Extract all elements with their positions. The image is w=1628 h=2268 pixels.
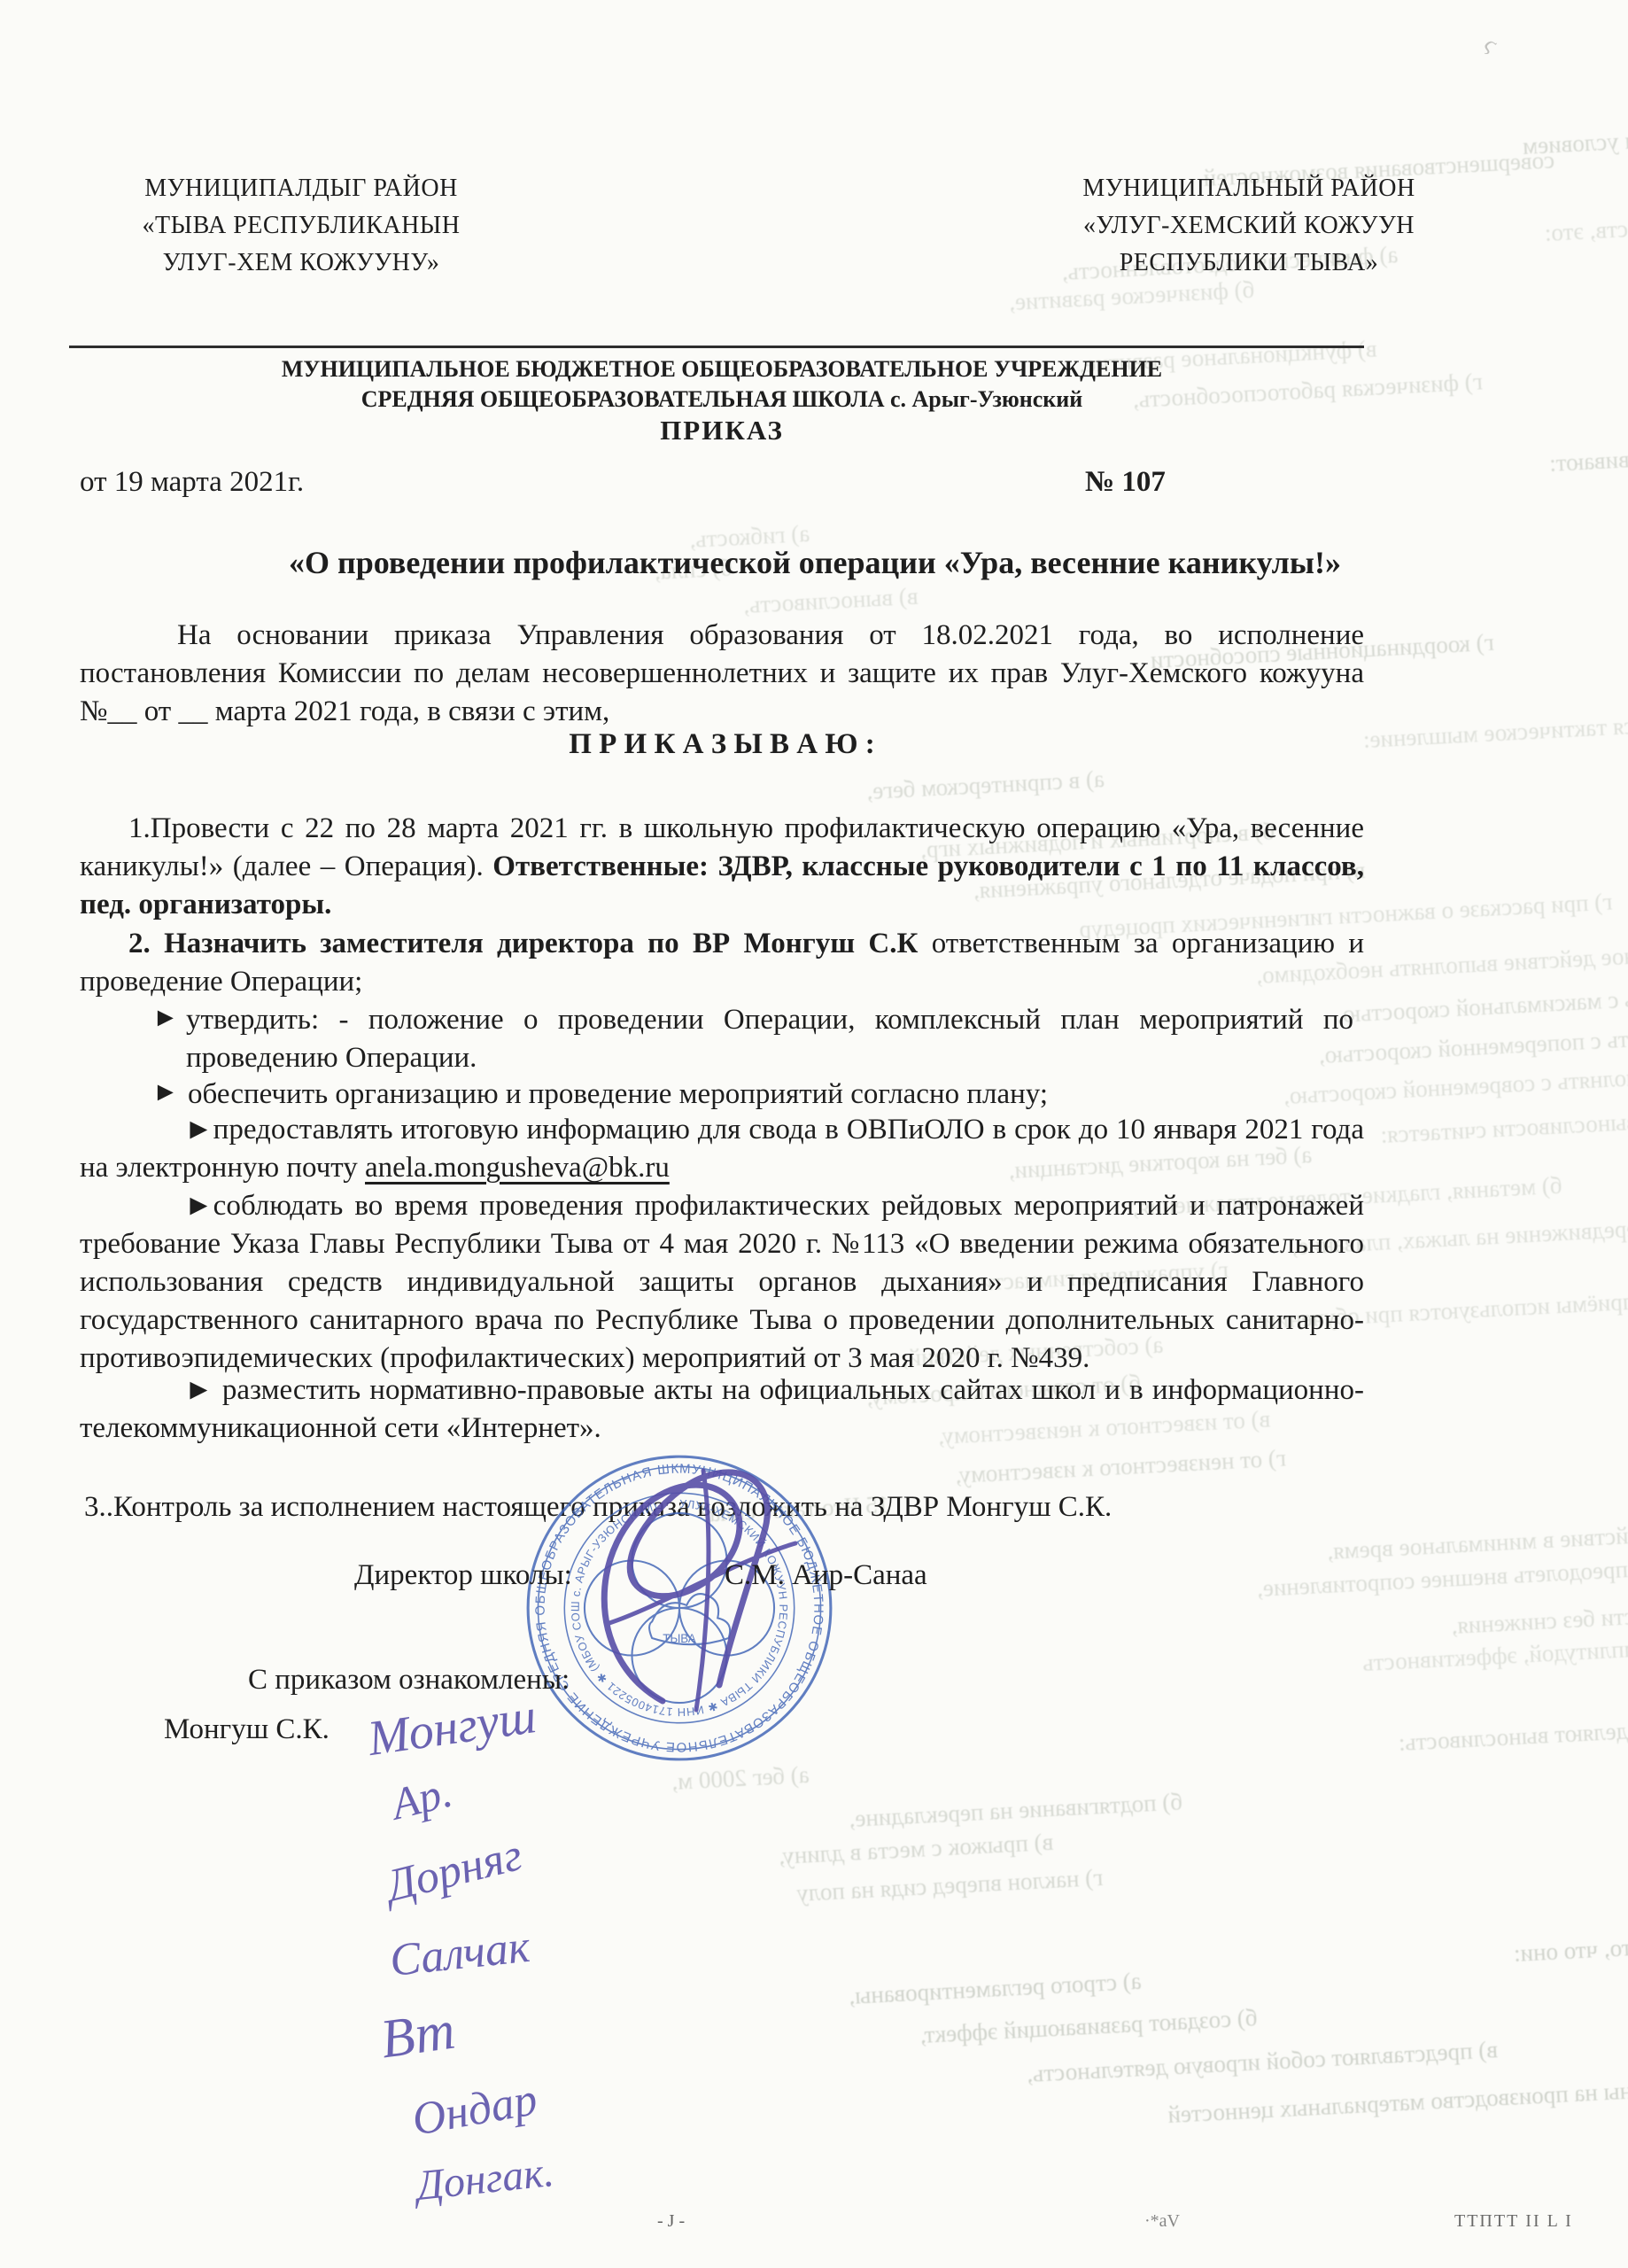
header-divider	[69, 346, 1364, 348]
letterhead-line: УЛУГ-ХЕМ КОЖУУНУ»	[93, 245, 509, 282]
handwritten-signature: Вт	[376, 2000, 458, 2072]
bleedthrough-text: в) представляют собой игровую деятельнос…	[1026, 2036, 1498, 2088]
bleedthrough-text: 11 При каких случаях хорошо развивается …	[1362, 691, 1628, 754]
bleedthrough-text: в) выносливость,	[742, 583, 919, 619]
bullet-arrow-icon: ►	[152, 1003, 179, 1033]
bleedthrough-text: а) строго регламентированы,	[849, 1968, 1143, 2010]
letterhead-line: МУНИЦИПАЛЬНЫЙ РАЙОН	[1023, 170, 1475, 207]
handwritten-signature: Донгак.	[415, 2148, 556, 2210]
bullet-arrow-icon: ►	[184, 1374, 213, 1406]
handwritten-signature: Ар.	[386, 1766, 457, 1830]
scan-smudge: ϛ	[1478, 31, 1513, 66]
resolve-word: П Р И К А З Ы В А Ю :	[80, 728, 1364, 761]
letterhead-line: МУНИЦИПАЛДЫГ РАЙОН	[93, 170, 509, 207]
organization-line: МУНИЦИПАЛЬНОЕ БЮДЖЕТНОЕ ОБЩЕОБРАЗОВАТЕЛЬ…	[80, 354, 1364, 384]
bleedthrough-text: а) бег 2000 м,	[671, 1761, 810, 1796]
bleedthrough-text: а) способность совершать двигательное де…	[1327, 1499, 1628, 1565]
bullet-ensure: обеспечить организацию и проведение меро…	[188, 1076, 1366, 1114]
handwritten-signature: Монгуш	[364, 1688, 539, 1767]
scanned-order-page: г) занятия физической культурой является…	[0, 0, 1628, 2268]
letterhead-line: «ТЫВА РЕСПУБЛИКАНЫН	[93, 207, 509, 245]
order-date: от 19 марта 2021г.	[80, 466, 304, 498]
bleedthrough-text: г) наклон вперед сидя на полу	[795, 1864, 1104, 1907]
letterhead-line: «УЛУГ-ХЕМСКИЙ КОЖУУН	[1023, 207, 1475, 245]
bullet-arrow-icon: ►	[152, 1077, 179, 1107]
bullet-arrow-icon: ►	[184, 1114, 213, 1146]
bullet-comply: ►соблюдать во время проведения профилакт…	[80, 1187, 1364, 1378]
item2-appointee: 2. Назначить заместителя директора по ВР…	[128, 928, 918, 959]
order-item-2: 2. Назначить заместителя директора по ВР…	[80, 925, 1364, 1001]
bullet-report: ►предоставлять итоговую информацию для с…	[80, 1111, 1364, 1187]
director-label: Директор школы:	[354, 1559, 572, 1592]
organization-line: СРЕДНЯЯ ОБЩЕОБРАЗОВАТЕЛЬНАЯ ШКОЛА с. Ары…	[80, 384, 1364, 415]
bleedthrough-text: г) от неизвестного к известному,	[955, 1444, 1287, 1489]
bleedthrough-text: б) физическое развитие,	[1008, 276, 1255, 315]
handwritten-signature: Дорняг	[381, 1829, 527, 1913]
date-number-row: от 19 марта 2021г. № 107	[80, 466, 1364, 499]
order-title: «О проведении профилактической операции …	[80, 544, 1550, 581]
footer-artifact-left: - J -	[657, 2211, 685, 2232]
bleedthrough-text: а) в спринтерском беге,	[866, 765, 1105, 805]
organization-name: МУНИЦИПАЛЬНОЕ БЮДЖЕТНОЕ ОБЩЕОБРАЗОВАТЕЛЬ…	[80, 354, 1364, 415]
preamble-paragraph: На основании приказа Управления образова…	[80, 617, 1364, 731]
bleedthrough-text: б) создают развивающий эффект,	[919, 2004, 1258, 2049]
bullet-report-text: предоставлять итоговую информацию для св…	[80, 1114, 1364, 1184]
bullet-approve: утвердить: - положение о проведении Опер…	[186, 1001, 1353, 1077]
letterhead-line: РЕСПУБЛИКИ ТЫВА»	[1023, 245, 1475, 282]
bleedthrough-text: в) прыжок с места в длину,	[778, 1829, 1054, 1870]
footer-artifact-right: ТТПТТ II L I	[1454, 2211, 1573, 2232]
letterhead-tuvan: МУНИЦИПАЛДЫГ РАЙОН «ТЫВА РЕСПУБЛИКАНЫН У…	[93, 170, 509, 282]
director-name: С.М. Аир-Санаа	[725, 1559, 927, 1592]
acknowledged-person-name: Монгуш С.К.	[164, 1713, 329, 1746]
handwritten-signature: Салчак	[387, 1921, 531, 1987]
bleedthrough-text: 16 При помощи какого тестового упражнени…	[1398, 1690, 1628, 1757]
bleedthrough-text: б) подтягивание на перекладине,	[849, 1788, 1183, 1833]
bullet-arrow-icon: ►	[184, 1190, 213, 1222]
document-type-heading: ПРИКАЗ	[80, 415, 1364, 447]
email-address: anela.mongusheva@bk.ru	[365, 1152, 670, 1184]
order-item-1: 1.Провести с 22 по 28 марта 2021 гг. в ш…	[80, 810, 1364, 924]
footer-artifact-center: ·*aV	[1144, 2211, 1180, 2232]
bleedthrough-text: 10 Используя метод длительного равномерн…	[1548, 397, 1628, 478]
bullet-comply-text: соблюдать во время проведения профилакти…	[80, 1190, 1364, 1374]
bleedthrough-text: 17 Главным отличием физических упражнени…	[1513, 1885, 1628, 1968]
letterhead-russian: МУНИЦИПАЛЬНЫЙ РАЙОН «УЛУГ-ХЕМСКИЙ КОЖУУН…	[1023, 170, 1475, 282]
bleedthrough-text: 9 Освоенный объём двигательных умений, н…	[1544, 168, 1628, 247]
order-number: № 107	[1085, 466, 1166, 499]
handwritten-signature: Ондар	[408, 2073, 541, 2147]
bullet-publish-text: разместить нормативно-правовые акты на о…	[80, 1374, 1364, 1444]
